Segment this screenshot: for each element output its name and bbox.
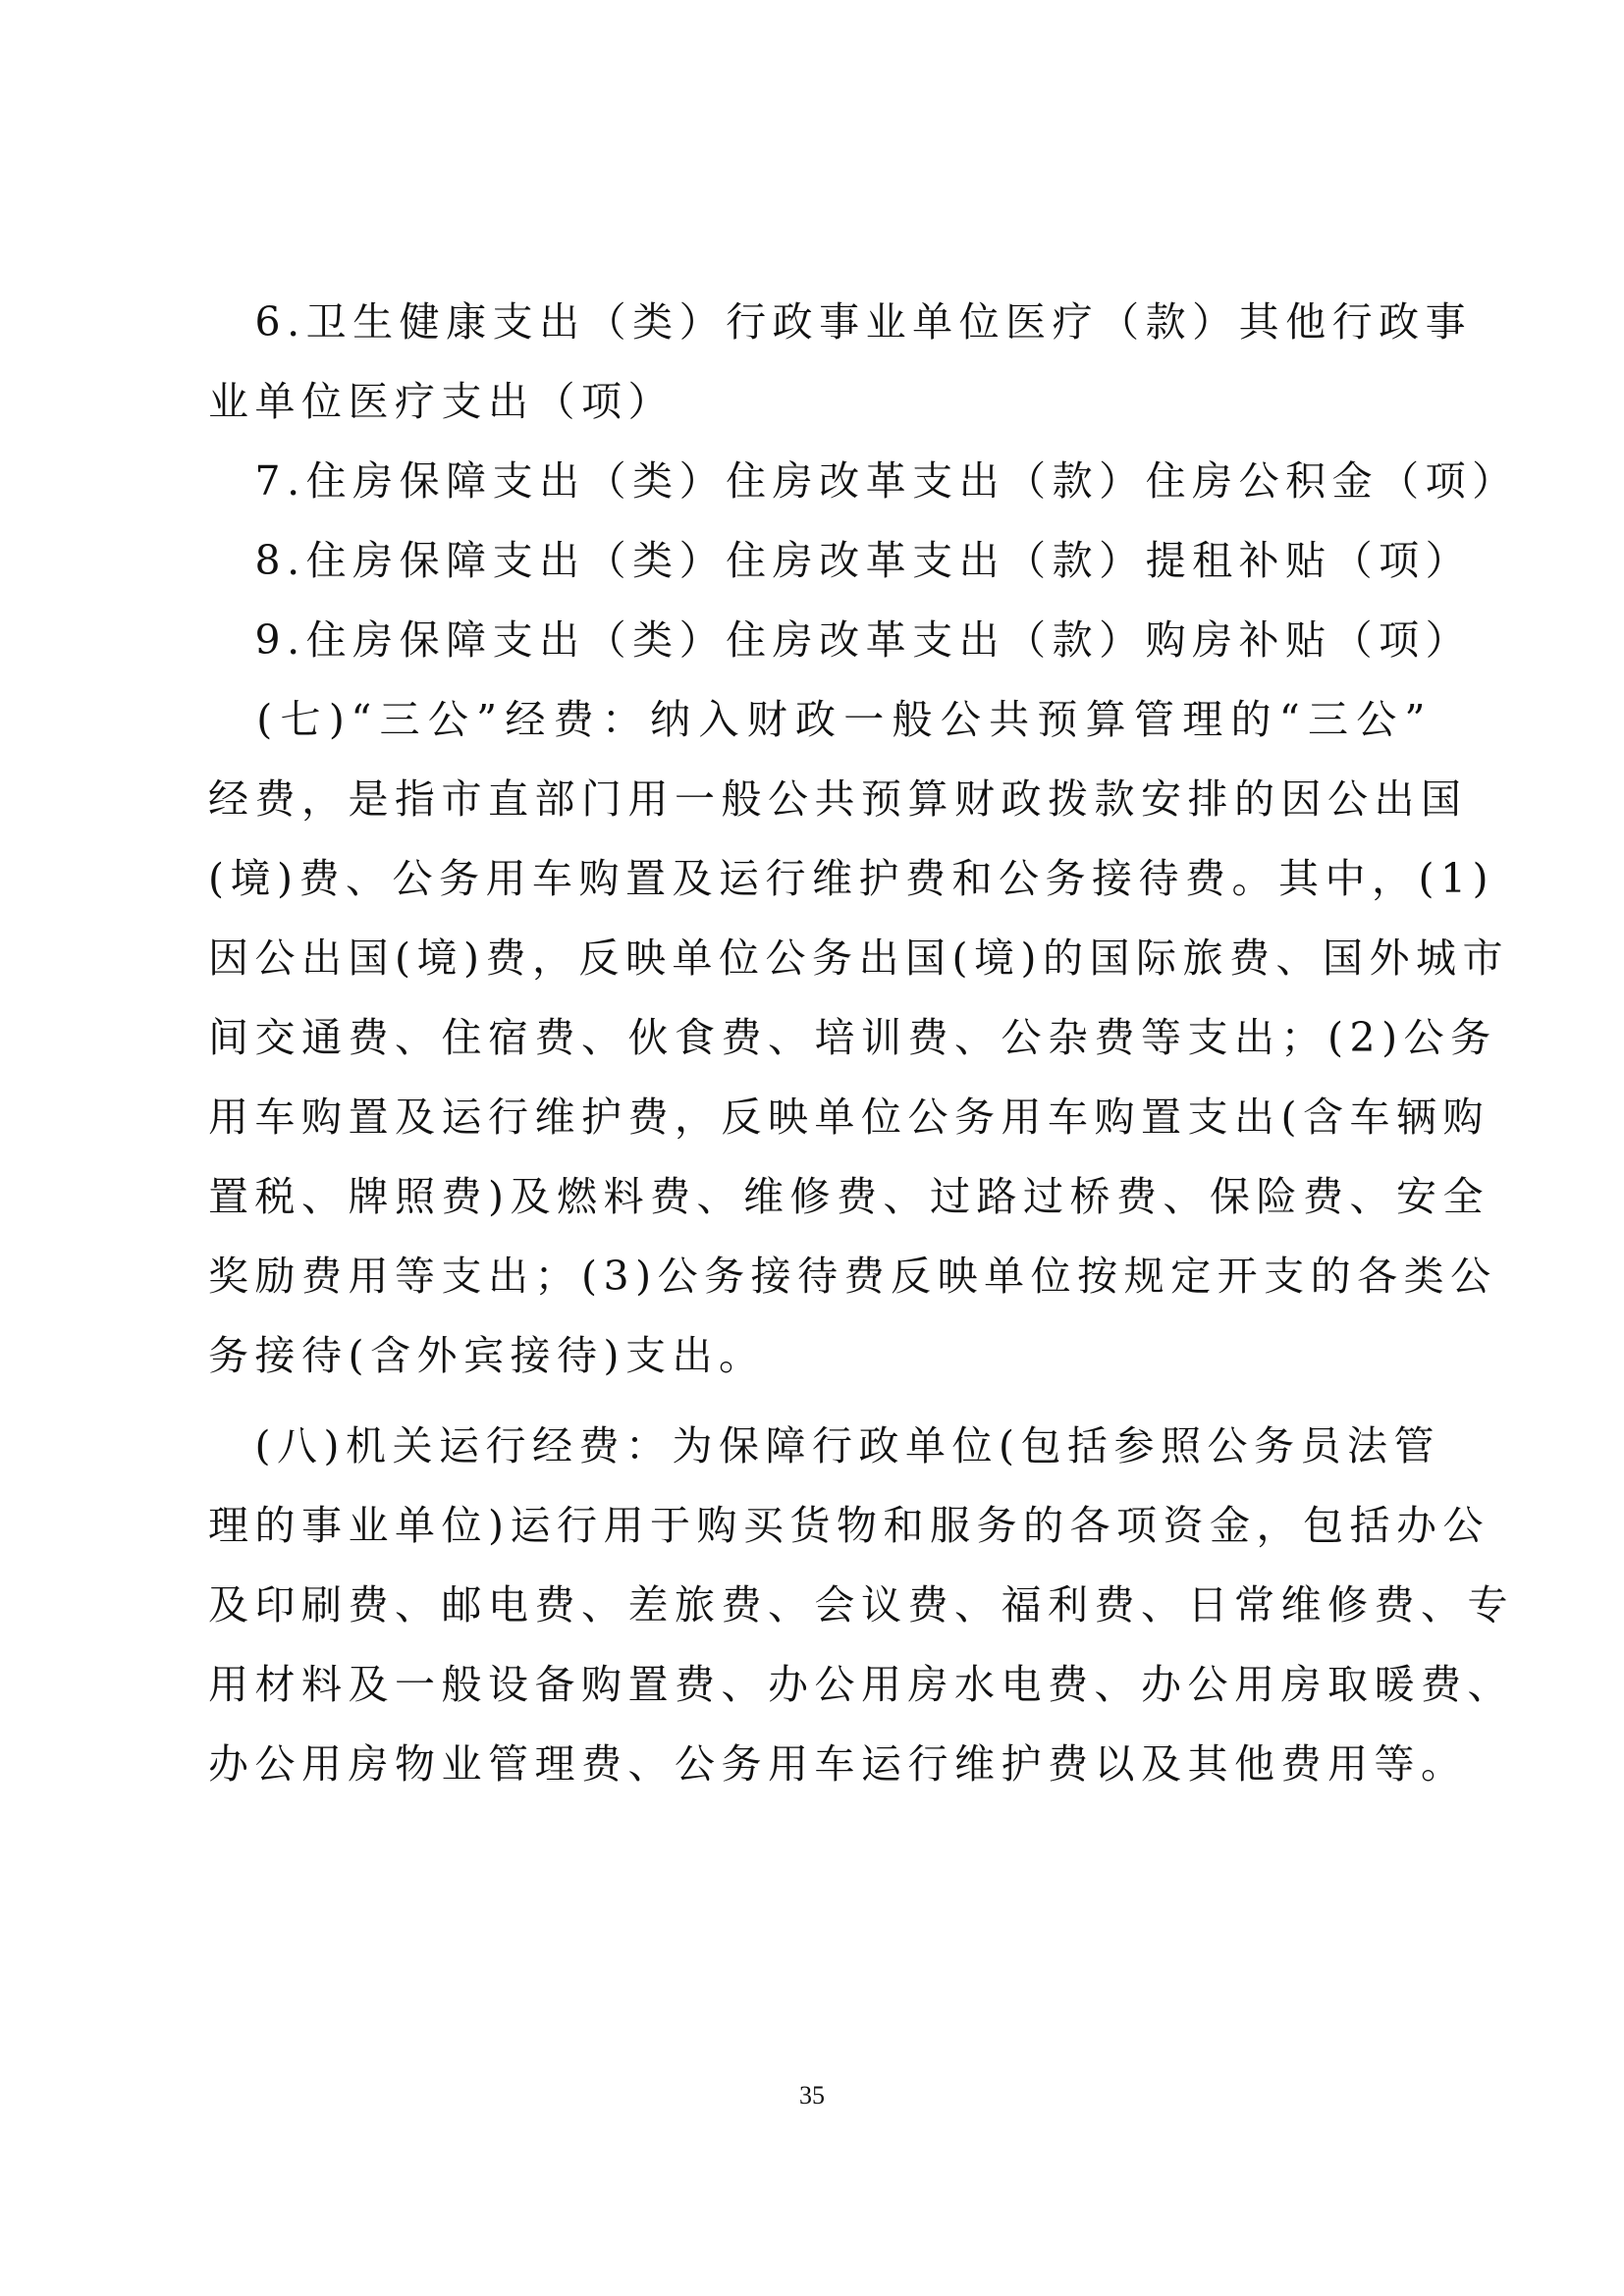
text-line: 用材料及一般设备购置费、办公用房水电费、办公用房取暖费、: [208, 1645, 1432, 1725]
paragraph-item-9: 9.住房保障支出（类）住房改革支出（款）购房补贴（项）: [208, 601, 1432, 680]
paragraph-item-8: 8.住房保障支出（类）住房改革支出（款）提租补贴（项）: [208, 521, 1432, 601]
paragraph-three-public-expenses: (七)“三公”经费：纳入财政一般公共预算管理的“三公” 经费，是指市直部门用一般…: [208, 680, 1432, 1396]
text-line: 间交通费、住宿费、伙食费、培训费、公杂费等支出；(2)公务: [208, 998, 1432, 1078]
text-line: (八)机关运行经费：为保障行政单位(包括参照公务员法管: [208, 1407, 1432, 1486]
paragraph-item-6: 6.卫生健康支出（类）行政事业单位医疗（款）其他行政事 业单位医疗支出（项）: [208, 283, 1432, 442]
text-line: 业单位医疗支出（项）: [208, 362, 1432, 442]
text-line: 置税、牌照费)及燃料费、维修费、过路过桥费、保险费、安全: [208, 1157, 1432, 1237]
text-line: 务接待(含外宾接待)支出。: [208, 1316, 1432, 1396]
page-number: 35: [0, 2081, 1624, 2110]
text-line: 6.卫生健康支出（类）行政事业单位医疗（款）其他行政事: [208, 283, 1432, 362]
text-line: 经费，是指市直部门用一般公共预算财政拨款安排的因公出国: [208, 760, 1432, 839]
text-line: 办公用房物业管理费、公务用车运行维护费以及其他费用等。: [208, 1725, 1432, 1804]
document-page: 6.卫生健康支出（类）行政事业单位医疗（款）其他行政事 业单位医疗支出（项） 7…: [0, 0, 1624, 2296]
text-line: 7.住房保障支出（类）住房改革支出（款）住房公积金（项）: [208, 442, 1432, 521]
paragraph-item-7: 7.住房保障支出（类）住房改革支出（款）住房公积金（项）: [208, 442, 1432, 521]
document-body: 6.卫生健康支出（类）行政事业单位医疗（款）其他行政事 业单位医疗支出（项） 7…: [208, 283, 1432, 1804]
text-line: 8.住房保障支出（类）住房改革支出（款）提租补贴（项）: [208, 521, 1432, 601]
paragraph-agency-operating-expenses: (八)机关运行经费：为保障行政单位(包括参照公务员法管 理的事业单位)运行用于购…: [208, 1407, 1432, 1804]
text-line: 及印刷费、邮电费、差旅费、会议费、福利费、日常维修费、专: [208, 1566, 1432, 1645]
text-line: 用车购置及运行维护费，反映单位公务用车购置支出(含车辆购: [208, 1078, 1432, 1157]
text-line: 因公出国(境)费，反映单位公务出国(境)的国际旅费、国外城市: [208, 919, 1432, 998]
text-line: (七)“三公”经费：纳入财政一般公共预算管理的“三公”: [208, 680, 1432, 760]
paragraph-spacing: [208, 1396, 1432, 1407]
text-line: 奖励费用等支出；(3)公务接待费反映单位按规定开支的各类公: [208, 1237, 1432, 1316]
text-line: (境)费、公务用车购置及运行维护费和公务接待费。其中，(1): [208, 839, 1432, 919]
text-line: 9.住房保障支出（类）住房改革支出（款）购房补贴（项）: [208, 601, 1432, 680]
text-line: 理的事业单位)运行用于购买货物和服务的各项资金，包括办公: [208, 1486, 1432, 1566]
